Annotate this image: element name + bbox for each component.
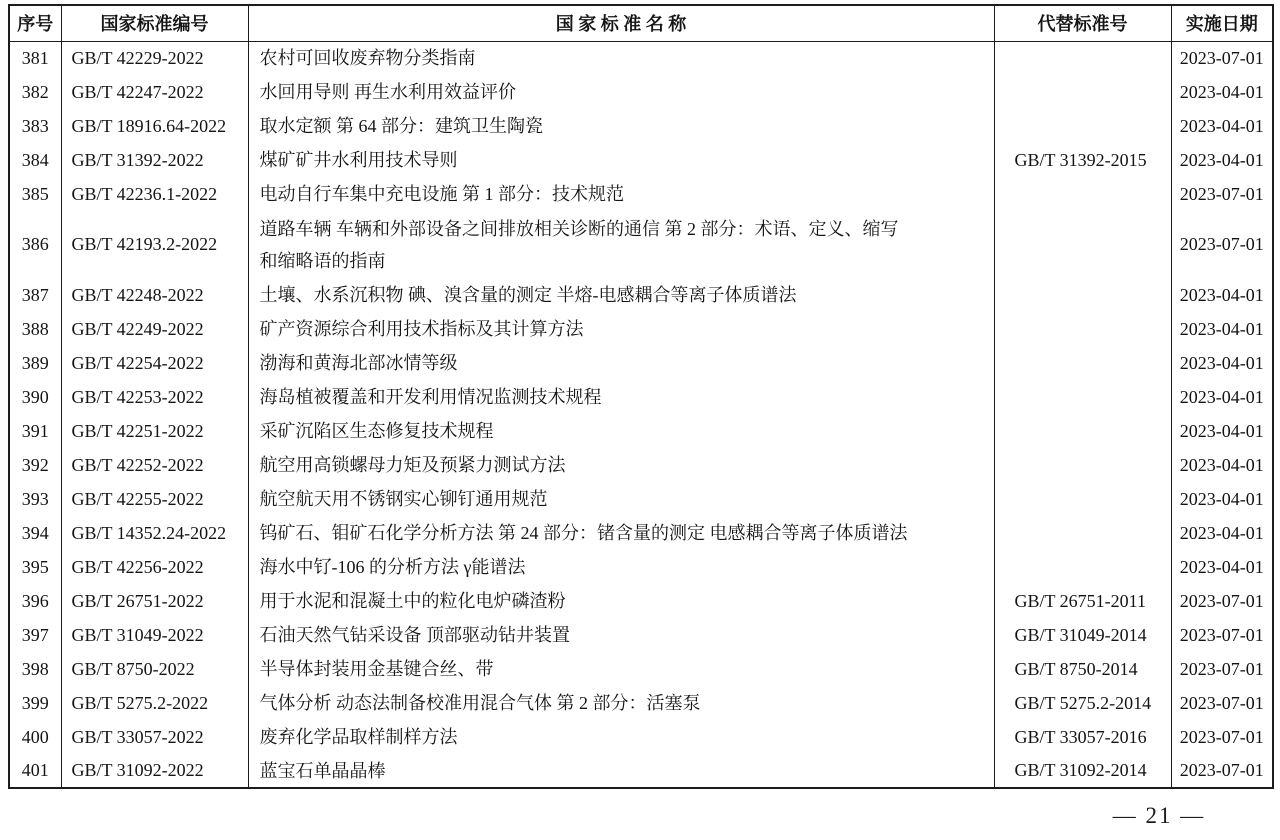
table-row: 400GB/T 33057-2022废弃化学品取样制样方法GB/T 33057-… [9,720,1273,754]
cell-replaced [994,211,1171,278]
cell-code: GB/T 42248-2022 [61,278,248,312]
cell-seq: 391 [9,414,61,448]
table-row: 381GB/T 42229-2022农村可回收废弃物分类指南2023-07-01 [9,41,1273,75]
cell-seq: 400 [9,720,61,754]
cell-name: 海岛植被覆盖和开发利用情况监测技术规程 [248,380,994,414]
cell-replaced [994,41,1171,75]
cell-code: GB/T 31092-2022 [61,754,248,788]
cell-name: 取水定额 第 64 部分：建筑卫生陶瓷 [248,109,994,143]
cell-date: 2023-04-01 [1171,75,1273,109]
cell-date: 2023-04-01 [1171,143,1273,177]
table-row: 394GB/T 14352.24-2022钨矿石、钼矿石化学分析方法 第 24 … [9,516,1273,550]
header-code: 国家标准编号 [61,5,248,41]
cell-date: 2023-07-01 [1171,584,1273,618]
table-row: 384GB/T 31392-2022煤矿矿井水利用技术导则GB/T 31392-… [9,143,1273,177]
cell-date: 2023-04-01 [1171,109,1273,143]
table-row: 395GB/T 42256-2022海水中钌-106 的分析方法 γ能谱法202… [9,550,1273,584]
cell-code: GB/T 42249-2022 [61,312,248,346]
table-row: 383GB/T 18916.64-2022取水定额 第 64 部分：建筑卫生陶瓷… [9,109,1273,143]
cell-date: 2023-04-01 [1171,312,1273,346]
cell-replaced [994,482,1171,516]
cell-seq: 401 [9,754,61,788]
cell-name: 道路车辆 车辆和外部设备之间排放相关诊断的通信 第 2 部分：术语、定义、缩写 … [248,211,994,278]
cell-replaced: GB/T 31092-2014 [994,754,1171,788]
cell-date: 2023-04-01 [1171,380,1273,414]
cell-replaced [994,177,1171,211]
cell-code: GB/T 42236.1-2022 [61,177,248,211]
cell-replaced [994,380,1171,414]
cell-name: 半导体封装用金基键合丝、带 [248,652,994,686]
cell-code: GB/T 26751-2022 [61,584,248,618]
cell-code: GB/T 14352.24-2022 [61,516,248,550]
cell-code: GB/T 42247-2022 [61,75,248,109]
table-row: 382GB/T 42247-2022水回用导则 再生水利用效益评价2023-04… [9,75,1273,109]
cell-replaced: GB/T 33057-2016 [994,720,1171,754]
cell-replaced: GB/T 26751-2011 [994,584,1171,618]
table-row: 388GB/T 42249-2022矿产资源综合利用技术指标及其计算方法2023… [9,312,1273,346]
cell-name: 矿产资源综合利用技术指标及其计算方法 [248,312,994,346]
cell-code: GB/T 42254-2022 [61,346,248,380]
cell-date: 2023-04-01 [1171,278,1273,312]
cell-name: 航空用高锁螺母力矩及预紧力测试方法 [248,448,994,482]
table-row: 391GB/T 42251-2022采矿沉陷区生态修复技术规程2023-04-0… [9,414,1273,448]
cell-name: 航空航天用不锈钢实心铆钉通用规范 [248,482,994,516]
cell-code: GB/T 8750-2022 [61,652,248,686]
table-row: 392GB/T 42252-2022航空用高锁螺母力矩及预紧力测试方法2023-… [9,448,1273,482]
cell-name: 用于水泥和混凝土中的粒化电炉磷渣粉 [248,584,994,618]
cell-name: 气体分析 动态法制备校准用混合气体 第 2 部分：活塞泵 [248,686,994,720]
cell-date: 2023-04-01 [1171,482,1273,516]
header-name: 国 家 标 准 名 称 [248,5,994,41]
cell-replaced [994,75,1171,109]
cell-seq: 390 [9,380,61,414]
header-date: 实施日期 [1171,5,1273,41]
cell-name: 蓝宝石单晶晶棒 [248,754,994,788]
cell-replaced [994,448,1171,482]
standards-table-header: 序号 国家标准编号 国 家 标 准 名 称 代替标准号 实施日期 [9,5,1273,41]
cell-code: GB/T 42193.2-2022 [61,211,248,278]
header-seq: 序号 [9,5,61,41]
cell-date: 2023-07-01 [1171,211,1273,278]
table-row: 399GB/T 5275.2-2022气体分析 动态法制备校准用混合气体 第 2… [9,686,1273,720]
cell-code: GB/T 18916.64-2022 [61,109,248,143]
cell-seq: 388 [9,312,61,346]
cell-name: 农村可回收废弃物分类指南 [248,41,994,75]
header-row: 序号 国家标准编号 国 家 标 准 名 称 代替标准号 实施日期 [9,5,1273,41]
table-row: 398GB/T 8750-2022半导体封装用金基键合丝、带GB/T 8750-… [9,652,1273,686]
cell-name: 石油天然气钻采设备 顶部驱动钻井装置 [248,618,994,652]
cell-code: GB/T 42256-2022 [61,550,248,584]
cell-code: GB/T 42229-2022 [61,41,248,75]
standards-table-body: 381GB/T 42229-2022农村可回收废弃物分类指南2023-07-01… [9,41,1273,788]
cell-name: 电动自行车集中充电设施 第 1 部分：技术规范 [248,177,994,211]
cell-date: 2023-04-01 [1171,516,1273,550]
cell-replaced [994,414,1171,448]
table-row: 385GB/T 42236.1-2022电动自行车集中充电设施 第 1 部分：技… [9,177,1273,211]
cell-seq: 384 [9,143,61,177]
cell-seq: 386 [9,211,61,278]
cell-replaced: GB/T 8750-2014 [994,652,1171,686]
table-row: 390GB/T 42253-2022海岛植被覆盖和开发利用情况监测技术规程202… [9,380,1273,414]
cell-name: 土壤、水系沉积物 碘、溴含量的测定 半熔-电感耦合等离子体质谱法 [248,278,994,312]
cell-date: 2023-07-01 [1171,754,1273,788]
table-row: 401GB/T 31092-2022蓝宝石单晶晶棒GB/T 31092-2014… [9,754,1273,788]
cell-name: 钨矿石、钼矿石化学分析方法 第 24 部分：锗含量的测定 电感耦合等离子体质谱法 [248,516,994,550]
table-row: 387GB/T 42248-2022土壤、水系沉积物 碘、溴含量的测定 半熔-电… [9,278,1273,312]
cell-name: 海水中钌-106 的分析方法 γ能谱法 [248,550,994,584]
table-row: 386GB/T 42193.2-2022道路车辆 车辆和外部设备之间排放相关诊断… [9,211,1273,278]
cell-seq: 383 [9,109,61,143]
cell-date: 2023-07-01 [1171,686,1273,720]
cell-code: GB/T 42255-2022 [61,482,248,516]
table-row: 393GB/T 42255-2022航空航天用不锈钢实心铆钉通用规范2023-0… [9,482,1273,516]
cell-seq: 397 [9,618,61,652]
standards-table: 序号 国家标准编号 国 家 标 准 名 称 代替标准号 实施日期 381GB/T… [8,4,1274,789]
cell-replaced: GB/T 31049-2014 [994,618,1171,652]
cell-date: 2023-04-01 [1171,550,1273,584]
header-replaced: 代替标准号 [994,5,1171,41]
cell-code: GB/T 31392-2022 [61,143,248,177]
cell-seq: 392 [9,448,61,482]
cell-seq: 398 [9,652,61,686]
cell-date: 2023-07-01 [1171,41,1273,75]
cell-seq: 399 [9,686,61,720]
cell-name: 煤矿矿井水利用技术导则 [248,143,994,177]
cell-name: 废弃化学品取样制样方法 [248,720,994,754]
table-row: 396GB/T 26751-2022用于水泥和混凝土中的粒化电炉磷渣粉GB/T … [9,584,1273,618]
cell-date: 2023-04-01 [1171,414,1273,448]
cell-code: GB/T 42251-2022 [61,414,248,448]
cell-seq: 382 [9,75,61,109]
cell-code: GB/T 5275.2-2022 [61,686,248,720]
cell-replaced [994,312,1171,346]
cell-name: 水回用导则 再生水利用效益评价 [248,75,994,109]
cell-date: 2023-07-01 [1171,618,1273,652]
table-row: 397GB/T 31049-2022石油天然气钻采设备 顶部驱动钻井装置GB/T… [9,618,1273,652]
cell-code: GB/T 33057-2022 [61,720,248,754]
cell-replaced [994,516,1171,550]
cell-name: 渤海和黄海北部冰情等级 [248,346,994,380]
cell-date: 2023-07-01 [1171,652,1273,686]
cell-date: 2023-07-01 [1171,177,1273,211]
cell-date: 2023-07-01 [1171,720,1273,754]
cell-seq: 394 [9,516,61,550]
cell-name: 采矿沉陷区生态修复技术规程 [248,414,994,448]
cell-seq: 385 [9,177,61,211]
cell-code: GB/T 42252-2022 [61,448,248,482]
cell-code: GB/T 31049-2022 [61,618,248,652]
cell-seq: 389 [9,346,61,380]
cell-code: GB/T 42253-2022 [61,380,248,414]
cell-replaced [994,346,1171,380]
cell-seq: 387 [9,278,61,312]
cell-seq: 381 [9,41,61,75]
cell-seq: 396 [9,584,61,618]
cell-replaced [994,550,1171,584]
table-row: 389GB/T 42254-2022渤海和黄海北部冰情等级2023-04-01 [9,346,1273,380]
cell-replaced [994,278,1171,312]
page-number: — 21 — [1094,803,1224,829]
cell-date: 2023-04-01 [1171,346,1273,380]
cell-replaced [994,109,1171,143]
cell-replaced: GB/T 31392-2015 [994,143,1171,177]
cell-replaced: GB/T 5275.2-2014 [994,686,1171,720]
cell-date: 2023-04-01 [1171,448,1273,482]
cell-seq: 395 [9,550,61,584]
cell-seq: 393 [9,482,61,516]
